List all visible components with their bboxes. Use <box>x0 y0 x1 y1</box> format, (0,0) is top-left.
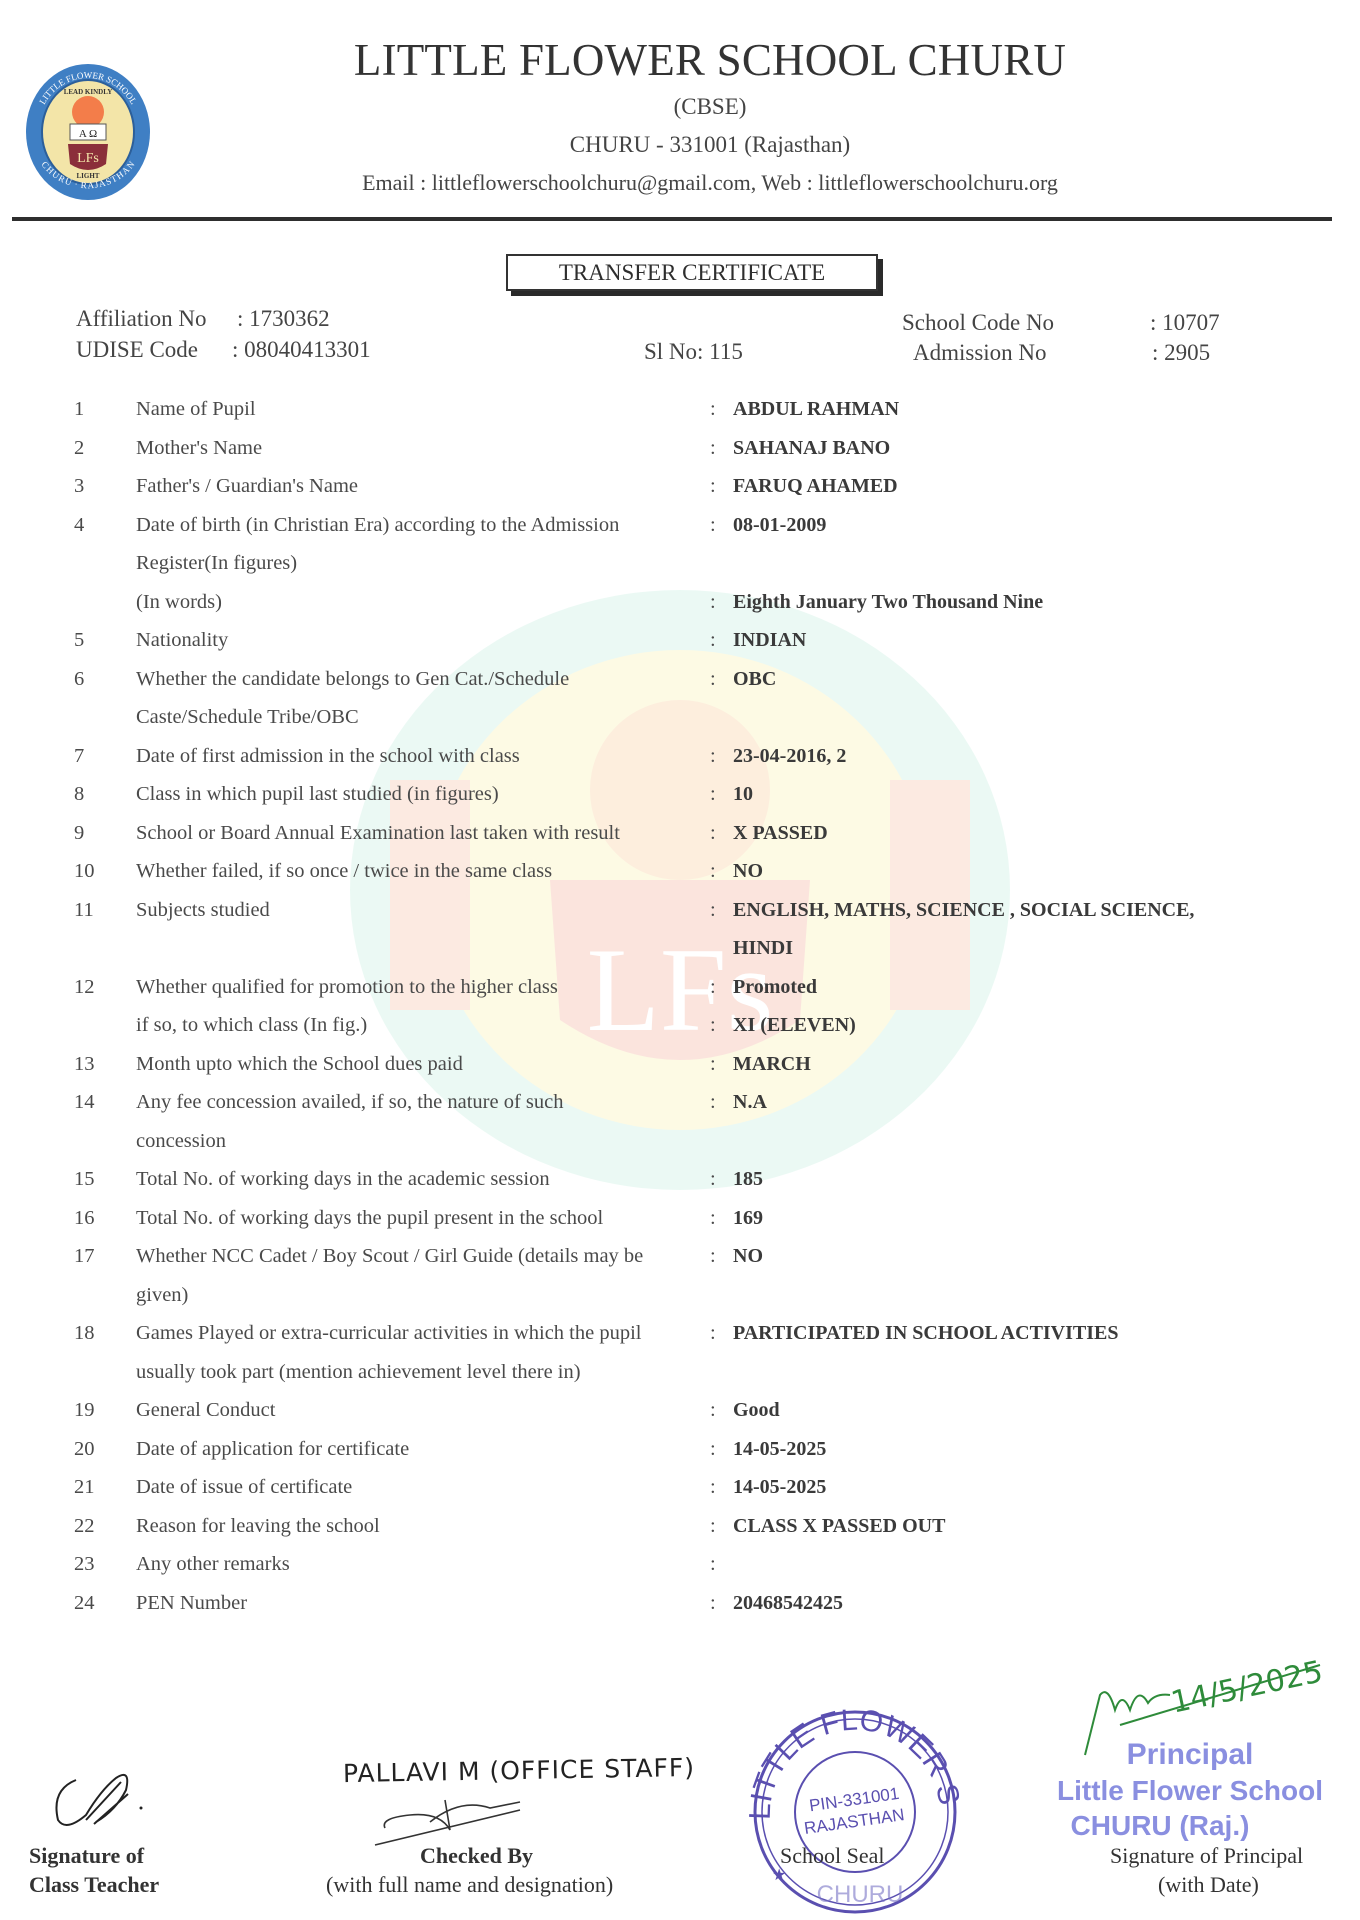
school-code-value: : 10707 <box>1150 310 1220 336</box>
field-separator: : <box>710 856 716 886</box>
field-label: PEN Number <box>136 1588 247 1618</box>
field-label: Mother's Name <box>136 433 262 463</box>
serial-number: Sl No: 115 <box>644 339 743 365</box>
field-row: 4Date of birth (in Christian Era) accord… <box>74 510 1324 540</box>
field-value: 23-04-2016, 2 <box>733 741 846 771</box>
class-teacher-label-1: Signature of <box>29 1843 144 1869</box>
field-value: 185 <box>733 1164 763 1194</box>
admission-value: : 2905 <box>1152 340 1210 366</box>
class-teacher-label-2: Class Teacher <box>29 1872 159 1898</box>
field-number: 21 <box>74 1472 114 1502</box>
udise-label: UDISE Code <box>76 337 198 363</box>
field-number: 9 <box>74 818 114 848</box>
field-number: 4 <box>74 510 114 540</box>
field-label: Reason for leaving the school <box>136 1511 380 1541</box>
field-separator: : <box>710 510 716 540</box>
field-value: ABDUL RAHMAN <box>733 394 899 424</box>
field-value: 20468542425 <box>733 1588 843 1618</box>
field-separator: : <box>710 433 716 463</box>
field-value: 169 <box>733 1203 763 1233</box>
field-number: 15 <box>74 1164 114 1194</box>
field-row: 5Nationality:INDIAN <box>74 625 1324 655</box>
field-number: 16 <box>74 1203 114 1233</box>
checked-by-note: (with full name and designation) <box>326 1872 613 1898</box>
field-separator: : <box>710 664 716 694</box>
seal-stamp-icon: LITTLE FLOWER SCHOOL PIN-331001 RAJASTHA… <box>740 1700 970 1920</box>
field-number: 3 <box>74 471 114 501</box>
field-separator: : <box>710 741 716 771</box>
field-value: SAHANAJ BANO <box>733 433 890 463</box>
field-separator: : <box>710 1049 716 1079</box>
field-label: Whether failed, if so once / twice in th… <box>136 856 552 886</box>
field-separator: : <box>710 1087 716 1117</box>
field-label: Date of first admission in the school wi… <box>136 741 520 771</box>
admission-label: Admission No <box>913 340 1047 366</box>
field-row: 23Any other remarks: <box>74 1549 1324 1579</box>
field-row: 2Mother's Name:SAHANAJ BANO <box>74 433 1324 463</box>
field-separator: : <box>710 1164 716 1194</box>
principal-stamp-line-3: CHURU (Raj.) <box>1020 1810 1300 1842</box>
checked-by-label: Checked By <box>420 1843 533 1869</box>
svg-text:CHURU: CHURU <box>817 1881 904 1908</box>
field-label: Register(In figures) <box>136 548 297 578</box>
school-seal: LITTLE FLOWER SCHOOL PIN-331001 RAJASTHA… <box>740 1700 970 1920</box>
field-value: N.A <box>733 1087 767 1117</box>
field-row: 24PEN Number:20468542425 <box>74 1588 1324 1618</box>
field-label: Date of application for certificate <box>136 1434 409 1464</box>
field-row: 9School or Board Annual Examination last… <box>74 818 1324 848</box>
field-row: 14Any fee concession availed, if so, the… <box>74 1087 1324 1117</box>
field-number: 19 <box>74 1395 114 1425</box>
field-number: 8 <box>74 779 114 809</box>
field-label: Date of issue of certificate <box>136 1472 352 1502</box>
field-number: 13 <box>74 1049 114 1079</box>
field-separator: : <box>710 1010 716 1040</box>
class-teacher-signature-mark <box>46 1760 156 1845</box>
field-value: Eighth January Two Thousand Nine <box>733 587 1043 617</box>
field-separator: : <box>710 1472 716 1502</box>
field-row: 22Reason for leaving the school:CLASS X … <box>74 1511 1324 1541</box>
field-row: 3Father's / Guardian's Name:FARUQ AHAMED <box>74 471 1324 501</box>
affiliation-label: Affiliation No <box>76 306 207 332</box>
field-separator: : <box>710 779 716 809</box>
field-separator: : <box>710 394 716 424</box>
field-row: 13Month upto which the School dues paid:… <box>74 1049 1324 1079</box>
field-label: concession <box>136 1126 226 1156</box>
field-value: HINDI <box>733 933 793 963</box>
field-value: 08-01-2009 <box>733 510 826 540</box>
field-row: Caste/Schedule Tribe/OBC <box>74 702 1324 732</box>
field-label: Whether NCC Cadet / Boy Scout / Girl Gui… <box>136 1241 643 1271</box>
field-row: (In words):Eighth January Two Thousand N… <box>74 587 1324 617</box>
field-row: given) <box>74 1280 1324 1310</box>
field-label: given) <box>136 1280 188 1310</box>
field-separator: : <box>710 1434 716 1464</box>
affiliation-value: : 1730362 <box>237 306 330 332</box>
field-row: 6Whether the candidate belongs to Gen Ca… <box>74 664 1324 694</box>
principal-stamp-line-2: Little Flower School <box>1030 1775 1350 1807</box>
field-number: 1 <box>74 394 114 424</box>
field-number: 2 <box>74 433 114 463</box>
field-value: 14-05-2025 <box>733 1472 826 1502</box>
field-separator: : <box>710 1203 716 1233</box>
board-affiliation: (CBSE) <box>0 94 1360 120</box>
field-value: ENGLISH, MATHS, SCIENCE , SOCIAL SCIENCE… <box>733 895 1194 925</box>
field-value: PARTICIPATED IN SCHOOL ACTIVITIES <box>733 1318 1119 1348</box>
field-value: FARUQ AHAMED <box>733 471 898 501</box>
field-value: INDIAN <box>733 625 806 655</box>
field-row: 1Name of Pupil:ABDUL RAHMAN <box>74 394 1324 424</box>
field-row: 18Games Played or extra-curricular activ… <box>74 1318 1324 1348</box>
field-label: Father's / Guardian's Name <box>136 471 358 501</box>
field-label: Any fee concession availed, if so, the n… <box>136 1087 564 1117</box>
field-separator: : <box>710 625 716 655</box>
header-divider <box>12 217 1332 221</box>
field-separator: : <box>710 895 716 925</box>
field-value: NO <box>733 856 763 886</box>
field-separator: : <box>710 1549 716 1579</box>
field-value: 10 <box>733 779 753 809</box>
field-label: Caste/Schedule Tribe/OBC <box>136 702 359 732</box>
field-row: 7Date of first admission in the school w… <box>74 741 1324 771</box>
field-separator: : <box>710 1318 716 1348</box>
signature-scribble-icon <box>370 1790 530 1850</box>
field-value: X PASSED <box>733 818 828 848</box>
school-contact: Email : littleflowerschoolchuru@gmail.co… <box>0 170 1360 196</box>
signature-scribble-icon <box>46 1760 156 1840</box>
field-label: usually took part (mention achievement l… <box>136 1357 581 1387</box>
field-label: Games Played or extra-curricular activit… <box>136 1318 642 1348</box>
field-label: Whether the candidate belongs to Gen Cat… <box>136 664 569 694</box>
field-row: 20Date of application for certificate:14… <box>74 1434 1324 1464</box>
field-separator: : <box>710 972 716 1002</box>
field-separator: : <box>710 1395 716 1425</box>
field-row: if so, to which class (In fig.):XI (ELEV… <box>74 1010 1324 1040</box>
field-number: 6 <box>74 664 114 694</box>
field-number: 20 <box>74 1434 114 1464</box>
field-row: Register(In figures) <box>74 548 1324 578</box>
field-number: 23 <box>74 1549 114 1579</box>
svg-text:★: ★ <box>772 1867 786 1884</box>
field-label: School or Board Annual Examination last … <box>136 818 620 848</box>
field-value: XI (ELEVEN) <box>733 1010 856 1040</box>
field-separator: : <box>710 1511 716 1541</box>
field-label: Month upto which the School dues paid <box>136 1049 463 1079</box>
field-row: 8Class in which pupil last studied (in f… <box>74 779 1324 809</box>
principal-signature-label: Signature of Principal <box>1110 1843 1303 1869</box>
field-label: if so, to which class (In fig.) <box>136 1010 367 1040</box>
field-number: 14 <box>74 1087 114 1117</box>
field-number: 18 <box>74 1318 114 1348</box>
field-separator: : <box>710 1241 716 1271</box>
field-label: Total No. of working days in the academi… <box>136 1164 550 1194</box>
field-row: HINDI <box>74 933 1324 963</box>
field-label: Nationality <box>136 625 228 655</box>
udise-value: : 08040413301 <box>232 337 371 363</box>
field-row: 19General Conduct:Good <box>74 1395 1324 1425</box>
field-number: 22 <box>74 1511 114 1541</box>
field-number: 11 <box>74 895 114 925</box>
field-label: Name of Pupil <box>136 394 256 424</box>
field-value: Promoted <box>733 972 817 1002</box>
field-row: 16Total No. of working days the pupil pr… <box>74 1203 1324 1233</box>
field-separator: : <box>710 471 716 501</box>
field-value: MARCH <box>733 1049 811 1079</box>
field-row: 12Whether qualified for promotion to the… <box>74 972 1324 1002</box>
document-title: TRANSFER CERTIFICATE <box>506 254 878 291</box>
field-separator: : <box>710 1588 716 1618</box>
field-value: Good <box>733 1395 780 1425</box>
field-number: 7 <box>74 741 114 771</box>
field-separator: : <box>710 818 716 848</box>
school-code-label: School Code No <box>902 310 1054 336</box>
school-name: LITTLE FLOWER SCHOOL CHURU <box>0 34 1360 86</box>
field-label: Subjects studied <box>136 895 270 925</box>
checked-by-name-handwritten: PALLAVI M (OFFICE STAFF) <box>343 1753 695 1788</box>
principal-signature-note: (with Date) <box>1158 1872 1259 1898</box>
field-row: usually took part (mention achievement l… <box>74 1357 1324 1387</box>
field-row: 21Date of issue of certificate:14-05-202… <box>74 1472 1324 1502</box>
field-value: 14-05-2025 <box>733 1434 826 1464</box>
field-value: CLASS X PASSED OUT <box>733 1511 945 1541</box>
field-value: NO <box>733 1241 763 1271</box>
school-seal-label: School Seal <box>780 1843 885 1869</box>
field-value: OBC <box>733 664 776 694</box>
field-label: (In words) <box>136 587 222 617</box>
field-row: 11Subjects studied:ENGLISH, MATHS, SCIEN… <box>74 895 1324 925</box>
field-number: 5 <box>74 625 114 655</box>
field-row: concession <box>74 1126 1324 1156</box>
field-number: 12 <box>74 972 114 1002</box>
field-label: Whether qualified for promotion to the h… <box>136 972 558 1002</box>
field-row: 10Whether failed, if so once / twice in … <box>74 856 1324 886</box>
field-number: 10 <box>74 856 114 886</box>
field-row: 17Whether NCC Cadet / Boy Scout / Girl G… <box>74 1241 1324 1271</box>
field-label: General Conduct <box>136 1395 275 1425</box>
field-label: Date of birth (in Christian Era) accordi… <box>136 510 619 540</box>
school-address: CHURU - 331001 (Rajasthan) <box>0 132 1360 158</box>
field-label: Total No. of working days the pupil pres… <box>136 1203 603 1233</box>
field-row: 15Total No. of working days in the acade… <box>74 1164 1324 1194</box>
field-label: Any other remarks <box>136 1549 290 1579</box>
field-label: Class in which pupil last studied (in fi… <box>136 779 499 809</box>
field-separator: : <box>710 587 716 617</box>
principal-stamp-line-1: Principal <box>1040 1738 1340 1772</box>
field-number: 17 <box>74 1241 114 1271</box>
field-number: 24 <box>74 1588 114 1618</box>
